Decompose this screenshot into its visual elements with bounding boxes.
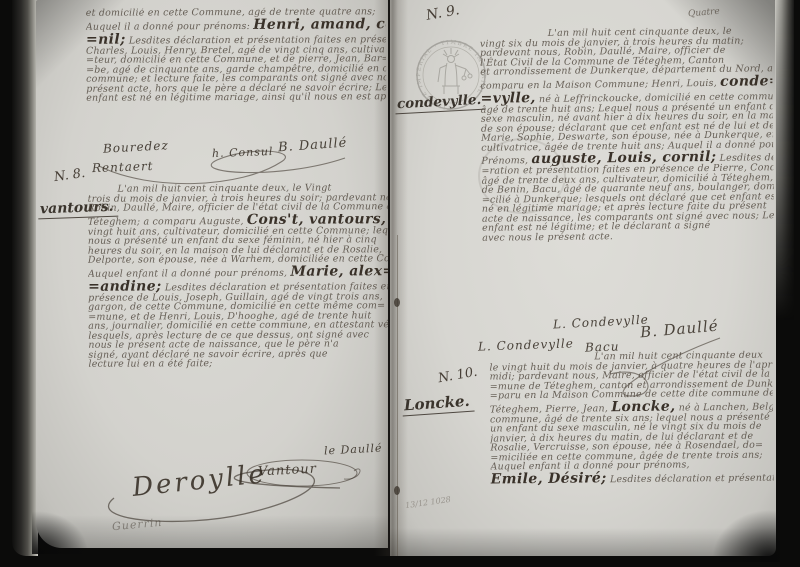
left-page-torn-corner: [32, 508, 92, 554]
entry-number-10: N. 10.: [437, 365, 478, 387]
signature-condevylle-2: L. Condevylle: [478, 336, 574, 353]
left-paragraph-act8: L'an mil huit cent cinquante deux, le Vi…: [88, 183, 389, 369]
corner-word: Quatre: [688, 7, 721, 20]
signature-bouredez: Bouredez: [103, 138, 169, 155]
binding-thread: [397, 235, 398, 556]
signature-deroylle: Deroylle: [131, 459, 268, 503]
handwritten-line: Auquel enfant il a donné pour prénoms, M…: [88, 264, 388, 280]
handwritten-line: lecture lui en a été faite;: [88, 358, 388, 369]
binding-stitch-knot: [394, 486, 400, 495]
signature-daulle-right: B. Daullé: [639, 317, 719, 342]
entry-number-9: N. 9.: [425, 2, 461, 24]
right-paragraph-act10: L'an mil huit cent cinquante deuxle ving…: [489, 351, 773, 486]
book-left-page-edges: [12, 0, 38, 556]
book-gutter-shadow: [374, 0, 408, 556]
left-page: et domicilié en cette Commune, agé de tr…: [36, 0, 388, 548]
margin-note-loncke: Loncke.: [401, 392, 474, 417]
signature-daulle-left: B. Daullé: [278, 136, 348, 156]
right-paragraph-act9: L'an mil huit cent cinquante deux, levin…: [480, 26, 775, 243]
binding-stitch-knot: [394, 298, 400, 307]
handwritten-line: enfant est né en légitime mariage, ainsi…: [86, 92, 386, 103]
signature-condevylle-1: L. Condevylle: [553, 313, 649, 332]
handwritten-line: Emile, Désiré; Lesdites déclaration et p…: [491, 469, 774, 486]
right-page: Quatre N. 9. TIMBRE IMPERIAL · TIMBRE IM…: [390, 0, 776, 556]
signature-vantour: Vantour: [258, 461, 318, 479]
entry-number-8: N. 8.: [53, 166, 86, 185]
signature-guerrin-faint: Guerrin: [112, 516, 163, 533]
right-page-curled-corner: [710, 508, 780, 562]
scanned-register-photo: et domicilié en cette Commune, agé de tr…: [0, 0, 800, 567]
signature-consul: h. Consul: [212, 145, 274, 160]
left-paragraph-top: et domicilié en cette Commune, agé de tr…: [86, 7, 386, 103]
signature-rentaert: Rentaert: [92, 159, 154, 175]
book-right-page-edges: [775, 0, 794, 320]
pencil-annotation: 13/12 1028: [405, 495, 452, 510]
handwritten-line: Auquel il a donné pour prénoms: Henri, a…: [86, 17, 386, 33]
